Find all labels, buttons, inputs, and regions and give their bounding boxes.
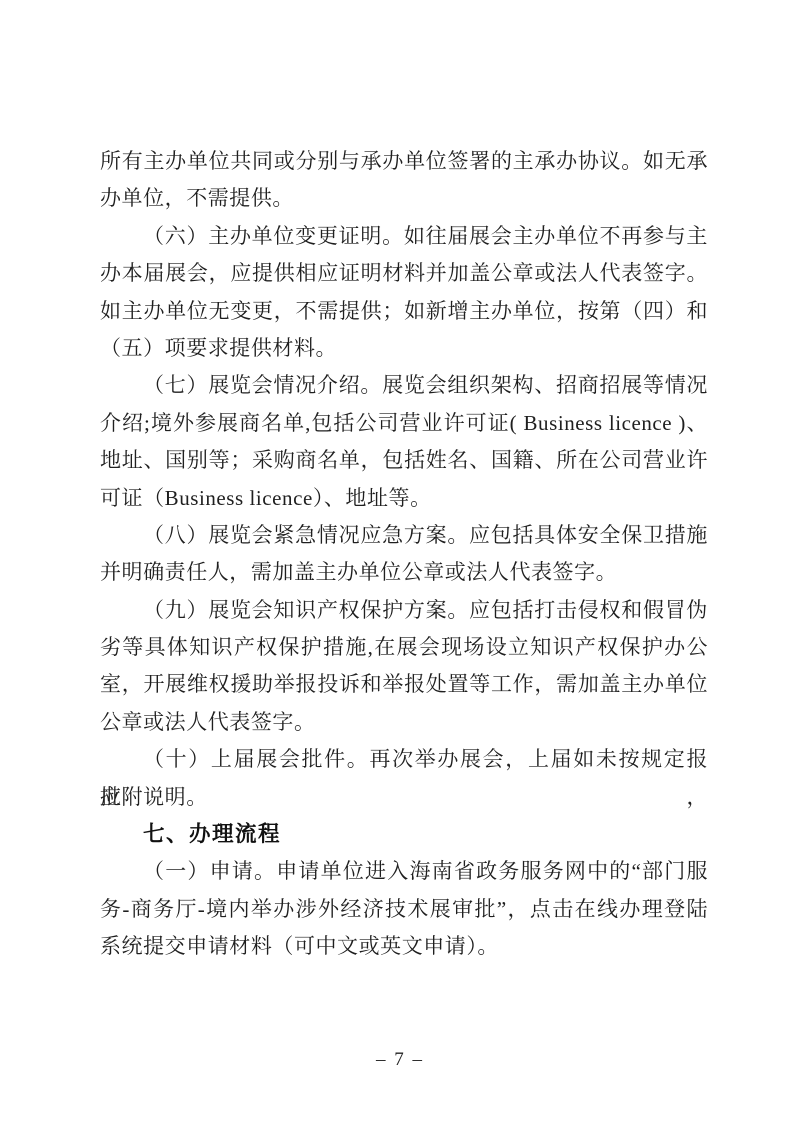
text-line: 可证（Business licence）、地址等。 xyxy=(100,480,708,517)
text-line: 劣等具体知识产权保护措施,在展会现场设立知识产权保护办公 xyxy=(100,629,708,666)
text-line: （五）项要求提供材料。 xyxy=(100,330,708,367)
text-line: （八）展览会紧急情况应急方案。应包括具体安全保卫措施 xyxy=(100,517,708,554)
document-body: 所有主办单位共同或分别与承办单位签署的主承办协议。如无承办单位，不需提供。（六）… xyxy=(100,143,708,966)
text-line: 办本届展会，应提供相应证明材料并加盖公章或法人代表签字。 xyxy=(100,255,708,292)
document-page: 所有主办单位共同或分别与承办单位签署的主承办协议。如无承办单位，不需提供。（六）… xyxy=(0,0,800,1131)
text-line: （九）展览会知识产权保护方案。应包括打击侵权和假冒伪 xyxy=(100,592,708,629)
text-line: （七）展览会情况介绍。展览会组织架构、招商招展等情况 xyxy=(100,367,708,404)
text-line: 如主办单位无变更，不需提供；如新增主办单位，按第（四）和 xyxy=(100,293,708,330)
text-line: 地址、国别等；采购商名单，包括姓名、国籍、所在公司营业许 xyxy=(100,442,708,479)
text-line: （六）主办单位变更证明。如往届展会主办单位不再参与主 xyxy=(100,218,708,255)
page-number: – 7 – xyxy=(376,1049,424,1070)
text-line: 公章或法人代表签字。 xyxy=(100,704,708,741)
section-heading: 七、办理流程 xyxy=(100,816,708,853)
text-line: 并明确责任人，需加盖主办单位公章或法人代表签字。 xyxy=(100,554,708,591)
text-line: （十）上届展会批件。再次举办展会，上届如未按规定报批， xyxy=(100,741,708,778)
text-line: 务-商务厅-境内举办涉外经济技术展审批”，点击在线办理登陆 xyxy=(100,891,708,928)
text-line: 系统提交申请材料（可中文或英文申请）。 xyxy=(100,928,708,965)
text-line: 介绍;境外参展商名单,包括公司营业许可证( Business licence )… xyxy=(100,405,708,442)
text-line: （一）申请。申请单位进入海南省政务服务网中的“部门服 xyxy=(100,853,708,890)
text-line: 所有主办单位共同或分别与承办单位签署的主承办协议。如无承 xyxy=(100,143,708,180)
text-line: 室，开展维权援助举报投诉和举报处置等工作，需加盖主办单位 xyxy=(100,666,708,703)
page-footer: – 7 – xyxy=(0,1049,800,1071)
text-line: 办单位，不需提供。 xyxy=(100,180,708,217)
